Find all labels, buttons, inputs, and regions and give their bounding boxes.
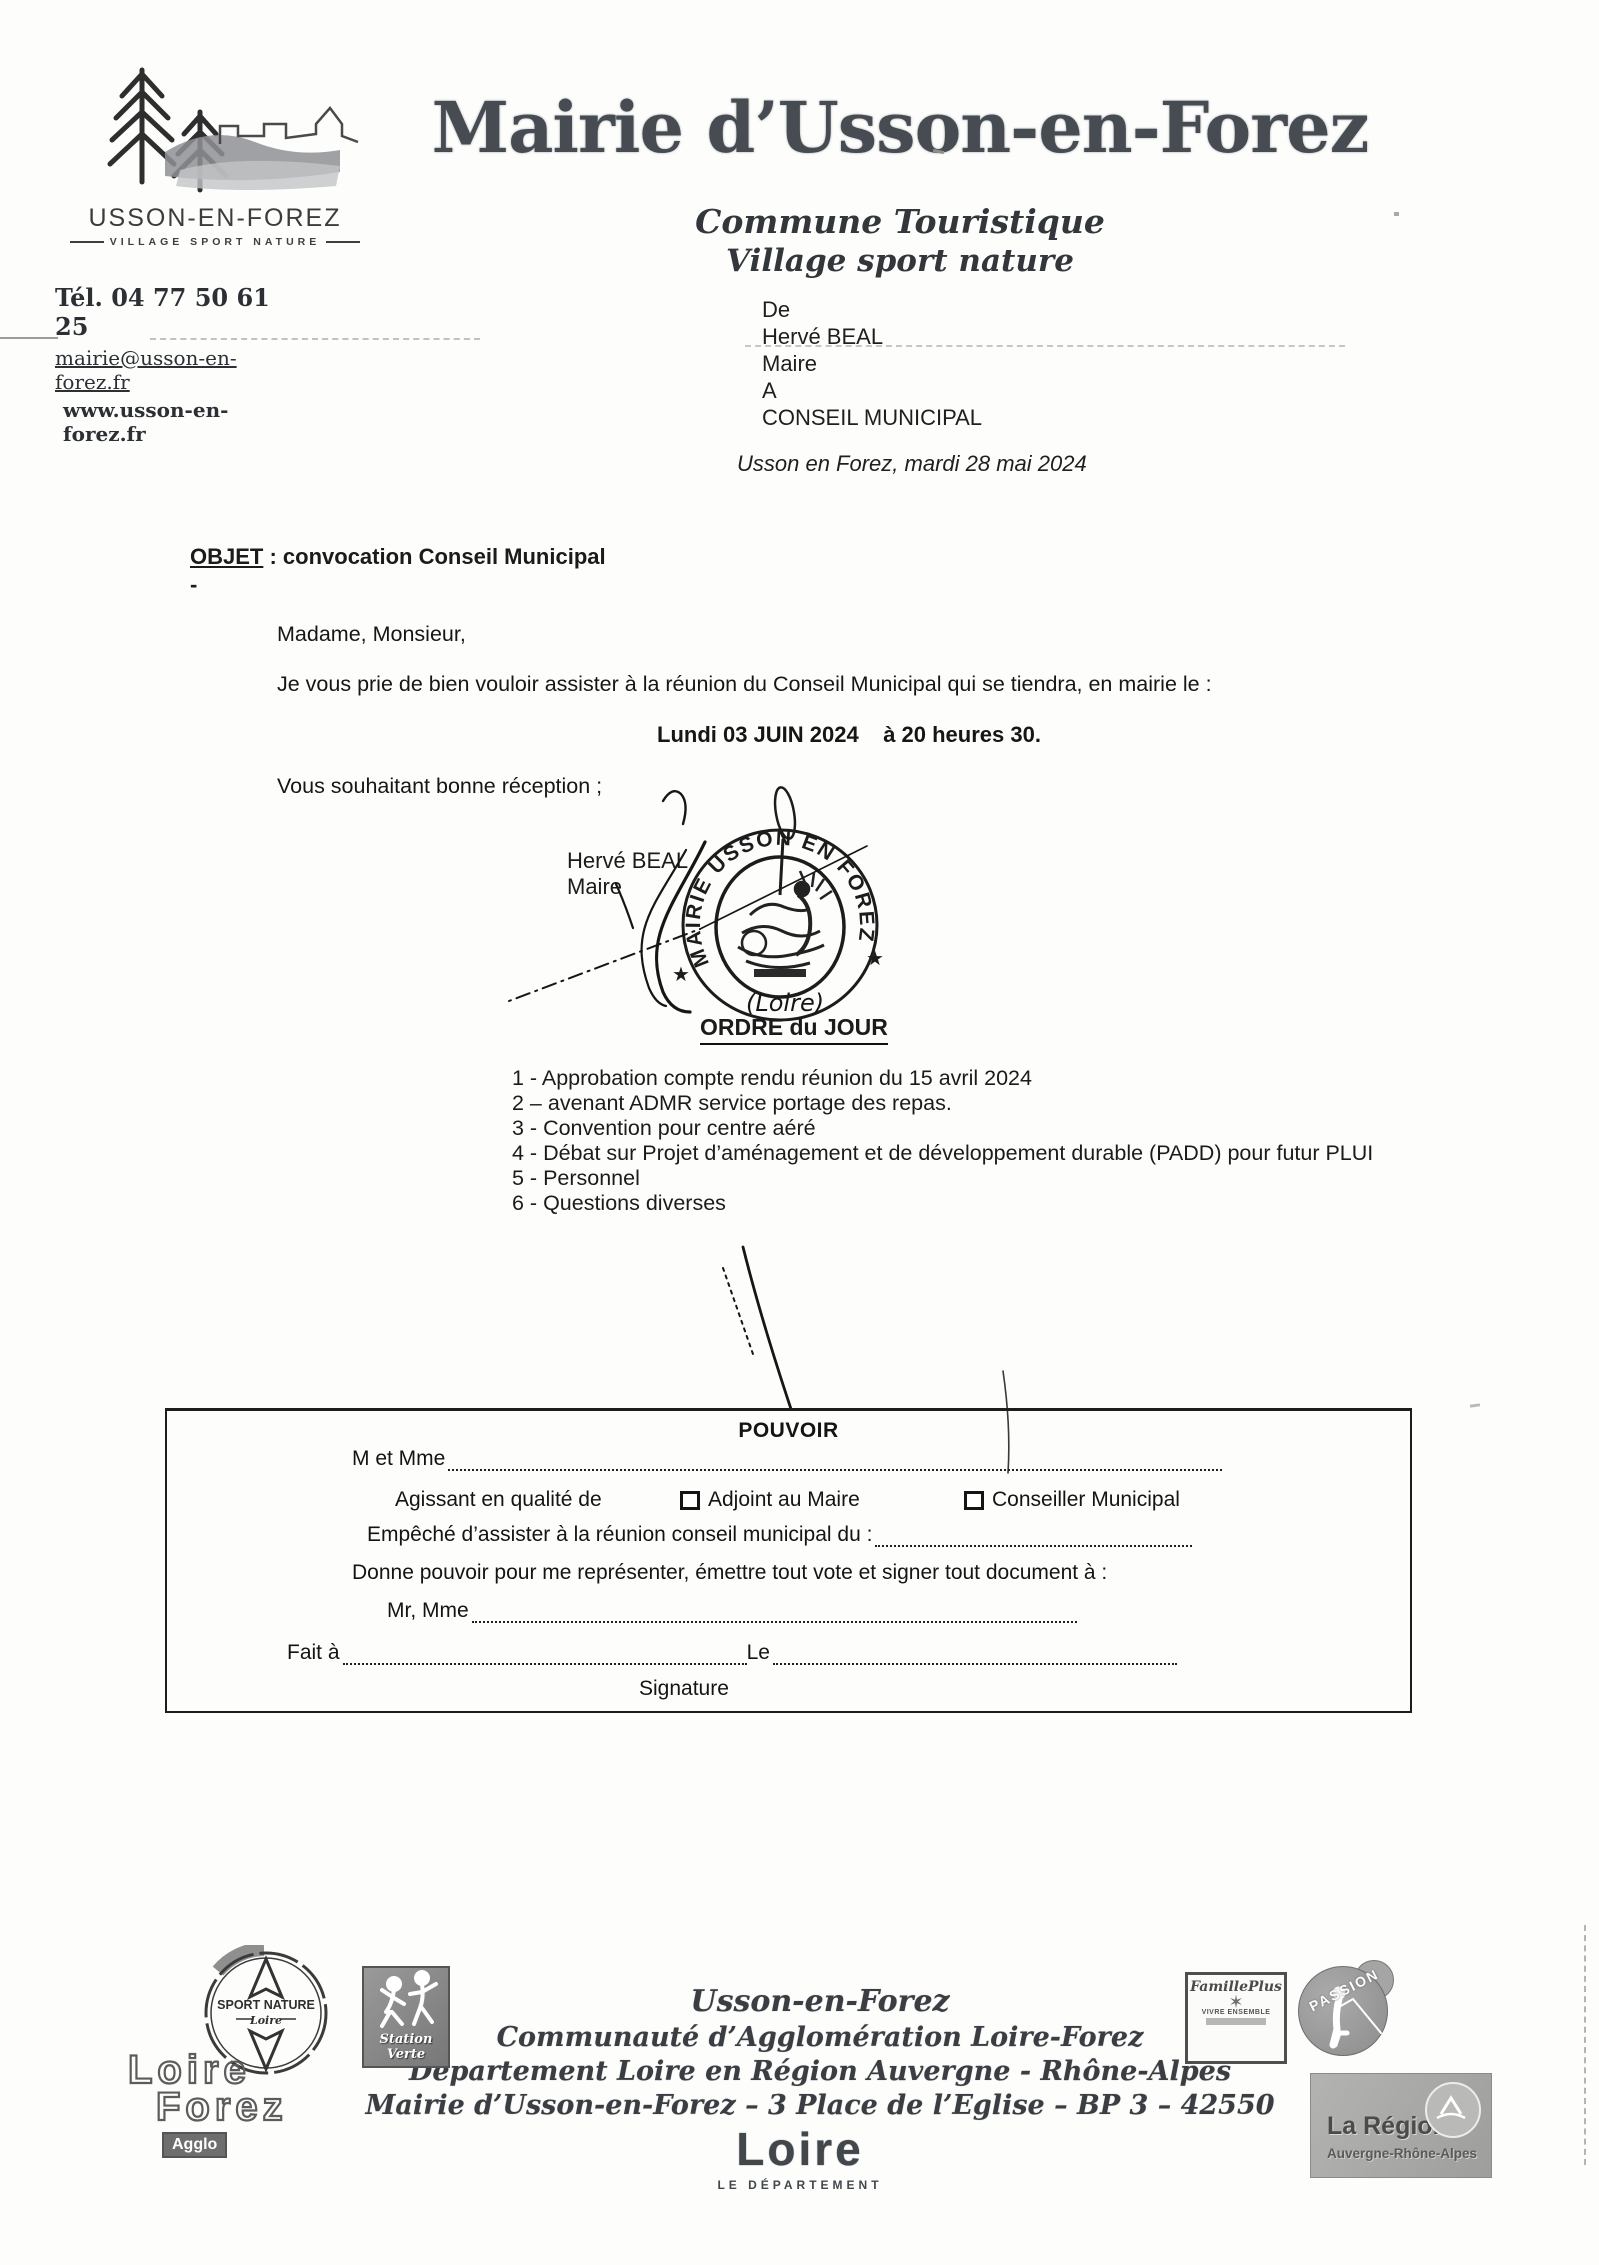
svg-text:MAIRIE USSON EN FOREZ: MAIRIE USSON EN FOREZ — [682, 827, 879, 971]
scan-artifact-line — [0, 337, 58, 339]
proxy-name-blank — [448, 1452, 1222, 1471]
meeting-date-line: Lundi 03 JUIN 2024 à 20 heures 30. — [657, 722, 1041, 748]
to-label: A — [762, 377, 982, 404]
tagline-rule-left — [70, 241, 104, 243]
conseiller-checkbox[interactable] — [964, 1491, 984, 1510]
stamp-department-text: (Loire) — [746, 989, 824, 1017]
adjoint-option-label: Adjoint au Maire — [708, 1488, 860, 1512]
mountain-circle-icon — [1425, 2082, 1481, 2138]
stamp-star-left-icon: ★ — [672, 964, 690, 986]
loire-departement-logo: Loire LE DÉPARTEMENT — [650, 2122, 950, 2192]
object-text: : convocation Conseil Municipal — [263, 544, 605, 569]
date-label: Le — [747, 1641, 770, 1665]
acting-as-label: Agissant en qualité de — [395, 1488, 602, 1512]
proxy-holder-row: Mr, Mme — [387, 1599, 1077, 1623]
agenda-heading: ORDRE du JOUR — [700, 1014, 888, 1045]
famille-plus-star-icon: ✶ — [1188, 1995, 1284, 2009]
la-region-subtitle: Auvergne-Rhône-Alpes — [1327, 2146, 1477, 2161]
proxy-title: POUVOIR — [167, 1419, 1410, 1443]
loire-forez-agglo-logo: Loire Forez Agglo — [128, 2048, 328, 2158]
agglo-badge: Agglo — [162, 2132, 227, 2158]
tagline-rule-right — [326, 241, 360, 243]
subtitle-village-sport-nature: Village sport nature — [385, 243, 1415, 279]
power-statement: Donne pouvoir pour me représenter, émett… — [352, 1561, 1107, 1585]
scan-speck — [1470, 1403, 1480, 1407]
stamp-ring-text: MAIRIE USSON EN FOREZ — [682, 827, 879, 971]
subtitle-commune-touristique: Commune Touristique — [385, 202, 1415, 241]
proxy-holder-blank — [472, 1604, 1077, 1623]
famille-plus-tagline: VIVRE ENSEMBLE — [1188, 2009, 1284, 2016]
email-address: mairie@usson-en-forez.fr — [55, 346, 285, 394]
loire-logo-wordmark: Loire — [650, 2122, 950, 2176]
proxy-holder-label: Mr, Mme — [387, 1599, 469, 1623]
stamp-star-right-icon: ★ — [866, 948, 884, 970]
from-name: Hervé BEAL — [762, 323, 982, 350]
place-date-row: Fait à Le — [287, 1641, 1177, 1665]
commune-logo: USSON-EN-FOREZ VILLAGE SPORT NATURE — [70, 52, 360, 248]
salutation: Madame, Monsieur, — [277, 622, 466, 647]
signature-label: Signature — [639, 1677, 729, 1701]
recipient-block: De Hervé BEAL Maire A CONSEIL MUNICIPAL — [762, 296, 982, 431]
municipal-stamp-seal-icon: MAIRIE USSON EN FOREZ ★ ★ (Loire) — [650, 785, 910, 1040]
proxy-form-box: POUVOIR M et Mme Agissant en qualité de … — [165, 1408, 1412, 1713]
loire-forez-line2: Forez — [156, 2085, 328, 2130]
scanned-letter-page: USSON-EN-FOREZ VILLAGE SPORT NATURE Mair… — [0, 0, 1599, 2265]
famille-plus-logo: FamillePlus ✶ VIVRE ENSEMBLE — [1185, 1972, 1287, 2064]
agenda-item: 1 - Approbation compte rendu réunion du … — [512, 1066, 1373, 1091]
sport-nature-text: SPORT NATURE — [217, 1998, 315, 2012]
agenda-item: 5 - Personnel — [512, 1166, 1373, 1191]
date-blank — [773, 1646, 1177, 1665]
agenda-item: 2 – avenant ADMR service portage des rep… — [512, 1091, 1373, 1116]
station-verte-logo: Station Verte — [362, 1966, 450, 2068]
from-label: De — [762, 296, 982, 323]
logo-name: USSON-EN-FOREZ — [70, 204, 360, 233]
prevented-row: Empêché d’assister à la réunion conseil … — [367, 1523, 1192, 1547]
phone-number: Tél. 04 77 50 61 25 — [55, 283, 285, 341]
made-at-label: Fait à — [287, 1641, 340, 1665]
famille-plus-smallprint-bar — [1206, 2018, 1266, 2025]
conseiller-option-label: Conseiller Municipal — [992, 1488, 1180, 1512]
agenda-list: 1 - Approbation compte rendu réunion du … — [512, 1066, 1373, 1216]
to-name: CONSEIL MUNICIPAL — [762, 404, 982, 431]
agenda-item: 6 - Questions diverses — [512, 1191, 1373, 1216]
logo-tagline: VILLAGE SPORT NATURE — [70, 236, 360, 248]
object-label: OBJET — [190, 544, 263, 569]
footer-address: Mairie d’Usson-en-Forez – 3 Place de l’E… — [300, 2090, 1340, 2121]
contact-block: Tél. 04 77 50 61 25 mairie@usson-en-fore… — [55, 283, 285, 446]
reception-line: Vous souhaitant bonne réception ; — [277, 774, 602, 799]
la-region-logo: La Région Auvergne-Rhône-Alpes — [1310, 2073, 1492, 2178]
sport-nature-loire-text: Loire — [249, 2014, 282, 2027]
object-dash: - — [190, 572, 197, 598]
pine-trees-village-icon — [70, 52, 360, 197]
footer-department: Département Loire en Région Auvergne - R… — [300, 2056, 1340, 2087]
agenda-item: 4 - Débat sur Projet d’aménagement et de… — [512, 1141, 1373, 1166]
loire-logo-subtitle: LE DÉPARTEMENT — [650, 2178, 950, 2192]
footer-agglomeration: Communauté d’Agglomération Loire-Forez — [300, 2022, 1340, 2053]
dateline: Usson en Forez, mardi 28 mai 2024 — [737, 451, 1087, 477]
agenda-item: 3 - Convention pour centre aéré — [512, 1116, 1373, 1141]
place-blank — [343, 1646, 747, 1665]
proxy-name-label: M et Mme — [352, 1447, 445, 1471]
website-url: www.usson-en-forez.fr — [63, 398, 285, 446]
passion-peche-logo: PASSION — [1298, 1960, 1394, 2056]
page-title: Mairie d’Usson-en-Forez — [385, 86, 1415, 169]
intro-paragraph: Je vous prie de bien vouloir assister à … — [277, 672, 1212, 697]
jumping-figures-icon — [364, 1968, 444, 2038]
prevented-date-blank — [875, 1528, 1192, 1547]
scan-artifact-line — [1584, 1925, 1586, 2165]
adjoint-checkbox[interactable] — [680, 1491, 700, 1510]
from-title: Maire — [762, 350, 982, 377]
station-verte-wordmark: Station Verte — [364, 2032, 448, 2062]
prevented-label: Empêché d’assister à la réunion conseil … — [367, 1523, 872, 1547]
footer-town: Usson-en-Forez — [300, 1984, 1340, 2019]
object-line: OBJET : convocation Conseil Municipal — [190, 544, 606, 570]
proxy-name-row: M et Mme — [352, 1447, 1222, 1471]
tagline-text: VILLAGE SPORT NATURE — [110, 236, 320, 248]
